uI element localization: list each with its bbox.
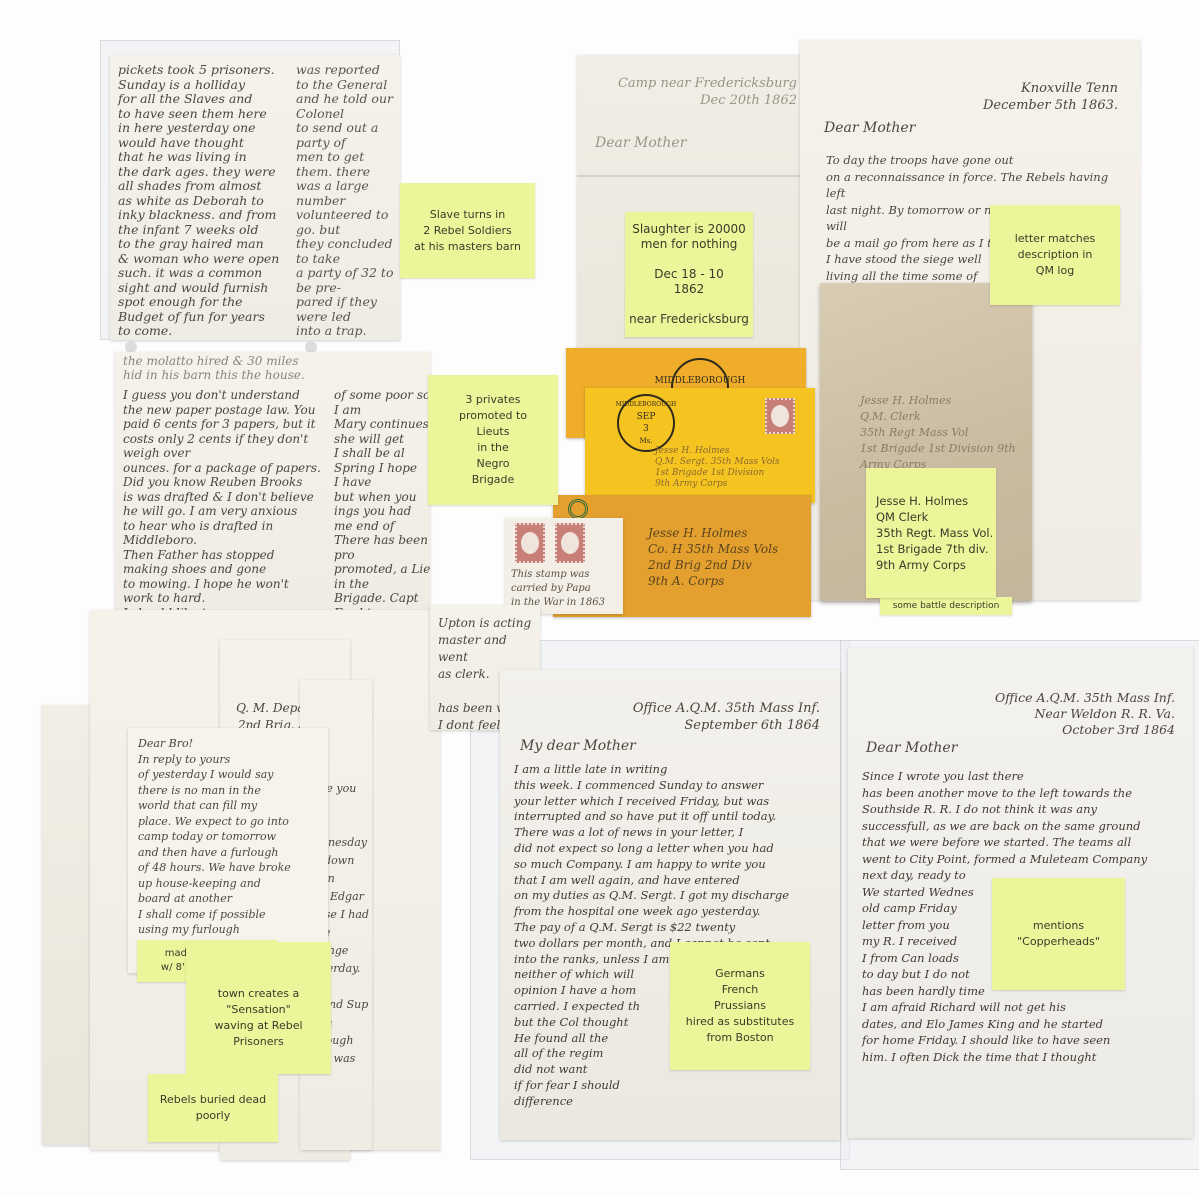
fold-line: [577, 175, 809, 177]
sticky-note-battle-description: some battle description: [880, 597, 1012, 615]
sticky-note-sensation: town creates a "Sensation" waving at Reb…: [186, 942, 331, 1074]
postmark-date: SEP 3: [637, 411, 656, 435]
sticky-note-letter-matches: letter matches description in QM log: [990, 205, 1120, 305]
book-inscription: Jesse H. Holmes Q.M. Clerk 35th Regt Mas…: [860, 393, 1032, 473]
postmark: MIDDLEBOROUGH SEP 3 Ms.: [617, 394, 675, 452]
sticky-note-rebels-buried: Rebels buried dead poorly: [148, 1074, 278, 1142]
letter-text-left-column: pickets took 5 prisoners. Sunday is a ho…: [110, 55, 290, 340]
sticky-note-copperheads: mentions "Copperheads": [992, 878, 1125, 990]
letter-top-left: pickets took 5 prisoners. Sunday is a ho…: [110, 55, 400, 340]
small-note-dear-bro: Dear Bro! In reply to yours of yesterday…: [128, 728, 328, 973]
letter-text-right-column: of some poor so I am Mary continues she …: [330, 384, 430, 612]
cancelled-stamp: [765, 398, 795, 434]
letter-text-right-column: was reported to the General and he told …: [290, 55, 400, 340]
letter-text-left-column: I guess you don't understand the new pap…: [115, 384, 330, 612]
stamp-washington: [515, 523, 545, 563]
letter-salutation: Dear Mother: [824, 120, 915, 136]
envelope-address: Jesse H. Holmes Co. H 35th Mass Vols 2nd…: [648, 525, 778, 589]
letter-heading: Office A.Q.M. 35th Mass Inf. September 6…: [633, 700, 820, 734]
target-cancel: [568, 499, 588, 519]
sticky-note-privates-promoted: 3 privates promoted to Lieuts in the Neg…: [428, 375, 558, 505]
letter-heading: Knoxville Tenn December 5th 1863.: [983, 80, 1118, 114]
stamp-washington: [555, 523, 585, 563]
envelope-sep: MIDDLEBOROUGH SEP 3 Ms. Jesse H. Holmes …: [585, 388, 815, 503]
small-note-text: Dear Bro! In reply to yours of yesterday…: [128, 728, 328, 973]
sticky-note-slave-turns: Slave turns in 2 Rebel Soldiers at his m…: [400, 183, 535, 278]
sticky-note-slaughter: Slaughter is 20000 men for nothing Dec 1…: [625, 212, 753, 337]
sticky-note-germans: Germans French Prussians hired as substi…: [670, 942, 810, 1070]
letter-middle-left: the molatto hired & 30 miles hid in his …: [115, 352, 430, 612]
envelope-address: Jesse H. Holmes Q.M. Sergt. 35th Mass Vo…: [655, 446, 780, 490]
sticky-note-jesse-holmes: Jesse H. Holmes QM Clerk 35th Regt. Mass…: [866, 468, 996, 598]
letter-heading: Camp near Fredericksburg Dec 20th 1862: [618, 75, 797, 109]
letter-salutation: My dear Mother: [520, 738, 636, 754]
postmark-state: Ms.: [640, 435, 653, 447]
postmark-city: MIDDLEBOROUGH: [616, 399, 676, 411]
letter-salutation: Dear Mother: [595, 135, 686, 151]
letter-salutation: Dear Mother: [866, 740, 957, 756]
stamp-caption: This stamp was carried by Papa in the Wa…: [511, 568, 605, 610]
letter-heading: Office A.Q.M. 35th Mass Inf. Near Weldon…: [995, 690, 1175, 738]
stamp-clipping: This stamp was carried by Papa in the Wa…: [505, 518, 623, 614]
